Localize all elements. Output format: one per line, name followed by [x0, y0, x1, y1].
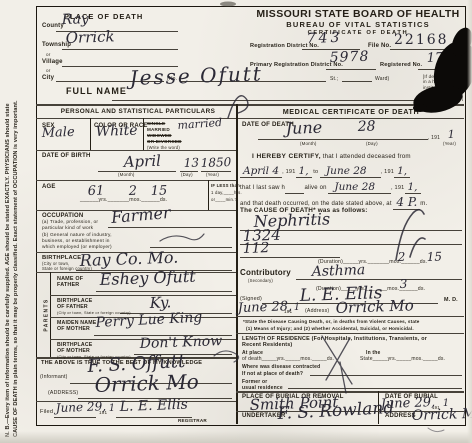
occupation-a-label1: (a) Trade, profession, or	[42, 220, 98, 225]
rule-line	[390, 49, 462, 50]
dob-year-value: 1850	[201, 155, 232, 170]
duration-days-value: 15	[427, 249, 443, 264]
signed-year-digit: 1	[294, 302, 301, 313]
occupation-b-label1: (b) General nature of industry,	[42, 233, 112, 238]
former-line2: usual residence	[242, 385, 283, 391]
day-caption: (Day)	[181, 172, 193, 177]
rule-line	[50, 295, 236, 296]
father-name-label2: FATHER	[57, 282, 79, 288]
village-label: Village	[42, 59, 63, 65]
rule-line	[112, 100, 416, 101]
father-name-value: Eshey Ofutt	[99, 267, 196, 289]
rule-line	[62, 49, 178, 50]
month-caption: (Month)	[118, 172, 135, 177]
cell-divider	[50, 272, 51, 357]
md-label: M. D.	[444, 297, 458, 303]
age-label: AGE	[42, 184, 56, 190]
cell-divider	[90, 118, 91, 150]
full-name-label: FULL NAME	[66, 86, 127, 96]
registration-district-value: 743	[306, 30, 342, 47]
contributory-label: Contributory	[240, 268, 291, 277]
month-caption: (Month)	[300, 141, 317, 146]
year-caption: (Year)	[206, 172, 219, 177]
occupation-a-label2: particular kind of work	[42, 226, 93, 231]
city-label: City	[42, 75, 54, 81]
ifless-line1: IF LESS than	[211, 183, 240, 188]
rule-line	[288, 388, 462, 389]
section-divider	[36, 104, 464, 106]
column-divider	[236, 104, 238, 424]
dob-month-value: April	[123, 152, 161, 171]
full-name-value: Jesse Ofutt	[129, 61, 263, 90]
rule-line	[96, 291, 232, 292]
or-label: or	[46, 52, 51, 57]
registered-no-label: Registered No.	[380, 62, 422, 68]
informant-label: (Informant)	[40, 374, 68, 380]
signed-date-value: June 28,	[237, 299, 292, 316]
ward-label: Ward)	[375, 76, 389, 82]
scan-bottom-edge	[0, 431, 472, 443]
mother-name-label2: OF MOTHER	[57, 326, 90, 332]
footnote-line1: *State the Disease Causing Death, or, in…	[243, 319, 420, 324]
filed-label: Filed	[40, 409, 53, 415]
registrar-signature: L. E. Ellis	[119, 397, 188, 415]
dod-year-digit: 1	[448, 128, 455, 141]
sex-value: Male	[41, 125, 74, 141]
margin-note-line2: CAUSE OF DEATH in plain terms, so that i…	[12, 15, 20, 437]
filed-year-digit: 1	[109, 403, 116, 414]
board-title: MISSOURI STATE BOARD OF HEALTH	[250, 8, 466, 20]
informant-address-label: (ADDRESS)	[48, 390, 78, 396]
rule-line	[326, 69, 376, 70]
year-caption: (Year)	[443, 141, 456, 146]
footnote-line2: (1) Means of Injury; and (2) whether Acc…	[246, 326, 414, 331]
file-no-label: File No.	[368, 43, 391, 49]
medical-section-title: MEDICAL CERTIFICATE OF DEATH	[244, 107, 458, 116]
rule-line	[240, 257, 340, 258]
marital-option-married: MARRIED	[147, 127, 170, 132]
rule-line	[36, 150, 236, 151]
filed-date-value: June 29,	[56, 399, 107, 415]
rule-line	[342, 81, 372, 82]
county-value: Ray	[61, 11, 89, 28]
age-years-value: 61	[87, 183, 104, 199]
scan-right-edge	[467, 0, 472, 443]
dob-day-value: 13	[184, 155, 200, 170]
ifless-line3: or____min.?	[211, 197, 237, 202]
death-certificate-scan: N. B.—Every item of information should b…	[0, 0, 472, 443]
st-label: St.;	[330, 76, 338, 82]
race-value: White	[95, 123, 137, 140]
occupation-b-label2: business, or establishment in	[42, 239, 110, 244]
residence-title-line2: Recent Residents)	[242, 342, 292, 348]
contracted-line2: If not at place of death?	[242, 371, 303, 377]
informant-address-value: Orrick Mo	[94, 369, 199, 397]
rule-line	[36, 118, 464, 119]
rule-line	[98, 171, 176, 172]
rule-line	[258, 139, 428, 140]
birthplace-value: Ray Co. Mo.	[79, 248, 178, 270]
duration-months-value: 2	[398, 250, 406, 264]
undertaker-address-value: Orrick Mo	[411, 405, 472, 424]
cause-code2: 112	[242, 240, 269, 257]
rule-line	[108, 227, 232, 228]
day-caption: (Day)	[366, 141, 378, 146]
rule-line	[418, 69, 464, 70]
bureau-title: BUREAU OF VITAL STATISTICS	[250, 20, 466, 29]
rule-line	[36, 180, 236, 181]
cell-divider	[208, 180, 209, 210]
rule-line	[236, 333, 464, 334]
marital-option-divorced: OR DIVORCED	[147, 139, 182, 144]
or-label: or	[46, 68, 51, 73]
hospital-note: [If death occurred in a hospital or inst…	[423, 74, 465, 101]
section-divider	[236, 391, 464, 393]
signed-address-label: (Address)	[305, 308, 329, 314]
file-no-value: 22168	[394, 32, 449, 48]
rule-line	[54, 417, 96, 418]
county-label: County	[42, 23, 64, 29]
dob-label: DATE OF BIRTH	[42, 153, 91, 159]
contributory-value: Asthma	[311, 262, 365, 280]
parents-label: PARENTS	[44, 298, 50, 331]
township-value: Orrick	[65, 27, 115, 47]
secondary-caption: (Secondary)	[248, 278, 273, 283]
in-state-line2: State_____yrs._____mos._____ds.	[360, 356, 445, 362]
age-months-value: 2	[128, 184, 137, 199]
rule-line	[240, 244, 462, 245]
signed-address-value: Orrick Mo	[335, 296, 414, 317]
date-of-death-month: June	[285, 118, 322, 138]
contributory-duration-months: 3	[400, 277, 408, 291]
marital-option-single: SINGLE	[147, 121, 165, 126]
mother-birthplace-value: Don't Know	[139, 333, 222, 352]
father-birthplace-value: Ky.	[149, 293, 171, 312]
marital-caption: (Write the word)	[147, 145, 180, 150]
margin-note-line1: N. B.—Every item of information should b…	[4, 15, 12, 437]
personal-section-title: PERSONAL AND STATISTICAL PARTICULARS	[44, 108, 232, 115]
registered-no-value: 17	[426, 50, 443, 66]
rule-line	[310, 375, 462, 376]
registrar-label: REGISTRAR	[178, 418, 207, 423]
at-place-line2: of death_____yrs._____mos._____ds.	[242, 356, 334, 362]
ifless-line2: 1 day,____hrs.	[211, 190, 242, 195]
margin-note: N. B.—Every item of information should b…	[4, 15, 20, 437]
date-of-death-day: 28	[357, 118, 375, 135]
dod-year-printed: , 191	[428, 135, 440, 141]
marital-option-widowed: WIDOWED	[147, 133, 172, 138]
age-days-value: 15	[150, 183, 167, 199]
primary-district-value: 5978	[329, 49, 369, 66]
occupation-label: OCCUPATION	[42, 213, 83, 219]
contracted-line1: Where was disease contracted	[242, 364, 320, 370]
